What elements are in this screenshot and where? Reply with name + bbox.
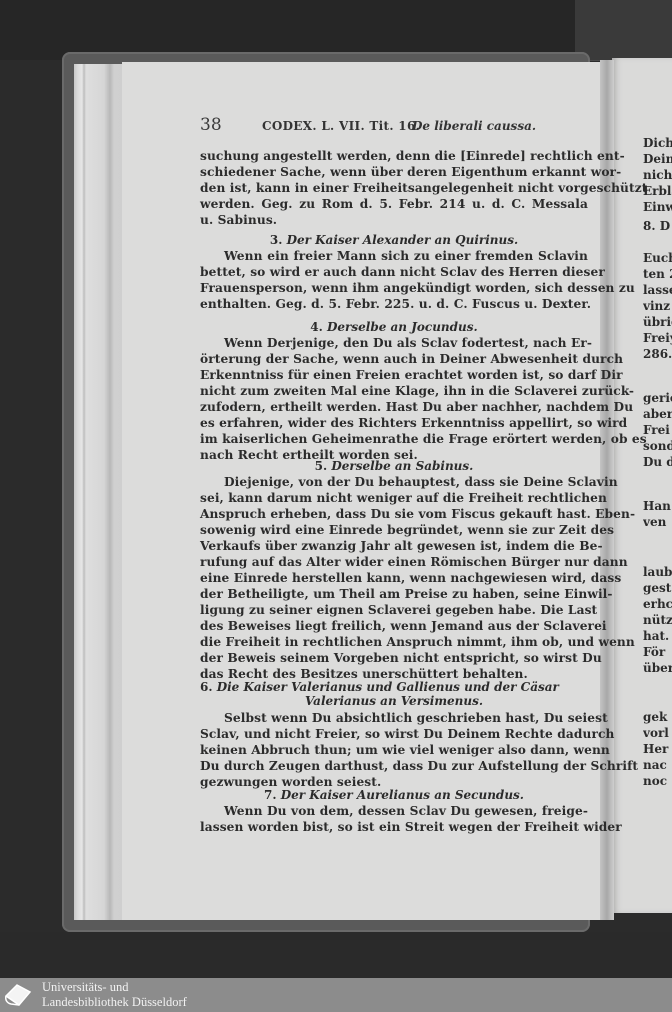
facing-page-line: Dich xyxy=(643,135,672,151)
facing-page-line: gek xyxy=(643,709,672,725)
text-line: Anspruch erheben, dass Du sie vom Fiscus… xyxy=(200,506,588,522)
facing-page-line: Han xyxy=(643,498,672,514)
text-line: lassen worden bist, so ist ein Streit we… xyxy=(200,819,588,835)
facing-page-line: Du d xyxy=(643,454,672,470)
text-line: sei, kann darum nicht weniger auf die Fr… xyxy=(200,490,588,506)
book-logo-icon xyxy=(3,982,33,1008)
text-line: nicht zum zweiten Mal eine Klage, ihn in… xyxy=(200,383,588,399)
text-line: suchung angestellt werden, denn die [Ein… xyxy=(200,148,588,164)
text-line: die Freiheit in rechtlichen Anspruch nim… xyxy=(200,634,588,650)
text-line: Du durch Zeugen darthust, dass Du zur Au… xyxy=(200,758,588,774)
facing-page-line: Freiy xyxy=(643,330,672,346)
facing-page-line: ten 2 xyxy=(643,266,672,282)
facing-page-line: Erbla xyxy=(643,183,672,199)
text-line: Sclav, und nicht Freier, so wirst Du Dei… xyxy=(200,726,588,742)
section-heading: 7. Der Kaiser Aurelianus an Secundus. xyxy=(200,787,588,803)
facing-page-line: Euch xyxy=(643,250,672,266)
library-footer-bar: Universitäts- und Landesbibliothek Düsse… xyxy=(0,978,672,1012)
facing-page-line: sond xyxy=(643,438,672,454)
facing-page-line: geric xyxy=(643,390,672,406)
library-name: Universitäts- und Landesbibliothek Düsse… xyxy=(42,980,187,1009)
text-line: rufung auf das Alter wider einen Römisch… xyxy=(200,554,588,570)
text-line: Frauensperson, wenn ihm angekündigt word… xyxy=(200,280,588,296)
facing-page-line: Her xyxy=(643,741,672,757)
text-line: Erkenntniss für einen Freien erachtet wo… xyxy=(200,367,588,383)
text-line: ligung zu seiner eignen Sclaverei gegebe… xyxy=(200,602,588,618)
library-name-line1: Universitäts- und xyxy=(42,980,187,995)
text-line: zufodern, ertheilt werden. Hast Du aber … xyxy=(200,399,588,415)
facing-page-line: Dein xyxy=(643,151,672,167)
text-line: es erfahren, wider des Richters Erkenntn… xyxy=(200,415,588,431)
facing-page-line: erhc xyxy=(643,596,672,612)
text-line: Wenn Derjenige, den Du als Sclav foderte… xyxy=(200,335,588,351)
codex-reference: CODEX. L. VII. Tit. 16. xyxy=(262,119,420,133)
section-heading: 4. Derselbe an Jocundus. xyxy=(200,319,588,335)
text-line: Wenn Du von dem, dessen Sclav Du gewesen… xyxy=(200,803,588,819)
text-line: keinen Abbruch thun; um wie viel weniger… xyxy=(200,742,588,758)
facing-page-line: 286. xyxy=(643,346,672,362)
facing-page-line: nac xyxy=(643,757,672,773)
text-line: schiedener Sache, wenn über deren Eigent… xyxy=(200,164,588,180)
text-line: Diejenige, von der Du behauptest, dass s… xyxy=(200,474,588,490)
facing-page-line: aber xyxy=(643,406,672,422)
book-cover-edge xyxy=(575,0,672,61)
text-line: u. Sabinus. xyxy=(200,212,588,228)
running-head: 38 CODEX. L. VII. Tit. 16. De liberali c… xyxy=(200,117,600,137)
scan-background-bottom xyxy=(0,932,672,978)
text-line: enthalten. Geg. d. 5. Febr. 225. u. d. C… xyxy=(200,296,588,312)
text-line: Selbst wenn Du absichtlich geschrieben h… xyxy=(200,710,588,726)
facing-page-line: vinz xyxy=(643,298,672,314)
text-line: der Beweis seinem Vorgeben nicht entspri… xyxy=(200,650,588,666)
facing-page-line: hat. xyxy=(643,628,672,644)
facing-page-line: nütz xyxy=(643,612,672,628)
facing-page-line: gest xyxy=(643,580,672,596)
page-number: 38 xyxy=(200,115,222,135)
library-name-line2: Landesbibliothek Düsseldorf xyxy=(42,995,187,1010)
page-stack-edges xyxy=(74,64,124,920)
running-title: De liberali caussa. xyxy=(412,119,536,133)
section-heading-continued: Valerianus an Versimenus. xyxy=(200,693,588,709)
scan-background-top xyxy=(0,0,672,60)
text-line: Verkaufs über zwanzig Jahr alt gewesen i… xyxy=(200,538,588,554)
text-line: bettet, so wird er auch dann nicht Sclav… xyxy=(200,264,588,280)
facing-page-line: vorl xyxy=(643,725,672,741)
facing-page-line: laub xyxy=(643,564,672,580)
section-heading: 3. Der Kaiser Alexander an Quirinus. xyxy=(200,232,588,248)
facing-page-line: För xyxy=(643,644,672,660)
facing-page-line: ven xyxy=(643,514,672,530)
text-line: sowenig wird eine Einrede begründet, wen… xyxy=(200,522,588,538)
facing-page-line: über xyxy=(643,660,672,676)
facing-page-line: noc xyxy=(643,773,672,789)
text-line: Wenn ein freier Mann sich zu einer fremd… xyxy=(200,248,588,264)
facing-page-line: übrig xyxy=(643,314,672,330)
facing-page-line: Einw xyxy=(643,199,672,215)
text-line: des Beweises liegt freilich, wenn Jemand… xyxy=(200,618,588,634)
text-line: der Betheiligte, um Theil am Preise zu h… xyxy=(200,586,588,602)
facing-page-line: lasse xyxy=(643,282,672,298)
text-line: den ist, kann in einer Freiheitsangelege… xyxy=(200,180,588,196)
text-line: im kaiserlichen Geheimenrathe die Frage … xyxy=(200,431,588,447)
text-line: örterung der Sache, wenn auch in Deiner … xyxy=(200,351,588,367)
text-line: eine Einrede herstellen kann, wenn nachg… xyxy=(200,570,588,586)
facing-page-line: 8. D xyxy=(643,218,672,234)
facing-page-line: nicht xyxy=(643,167,672,183)
section-heading: 5. Derselbe an Sabinus. xyxy=(200,458,588,474)
facing-page-line: Frei xyxy=(643,422,672,438)
text-line: werden. Geg. zu Rom d. 5. Febr. 214 u. d… xyxy=(200,196,588,212)
